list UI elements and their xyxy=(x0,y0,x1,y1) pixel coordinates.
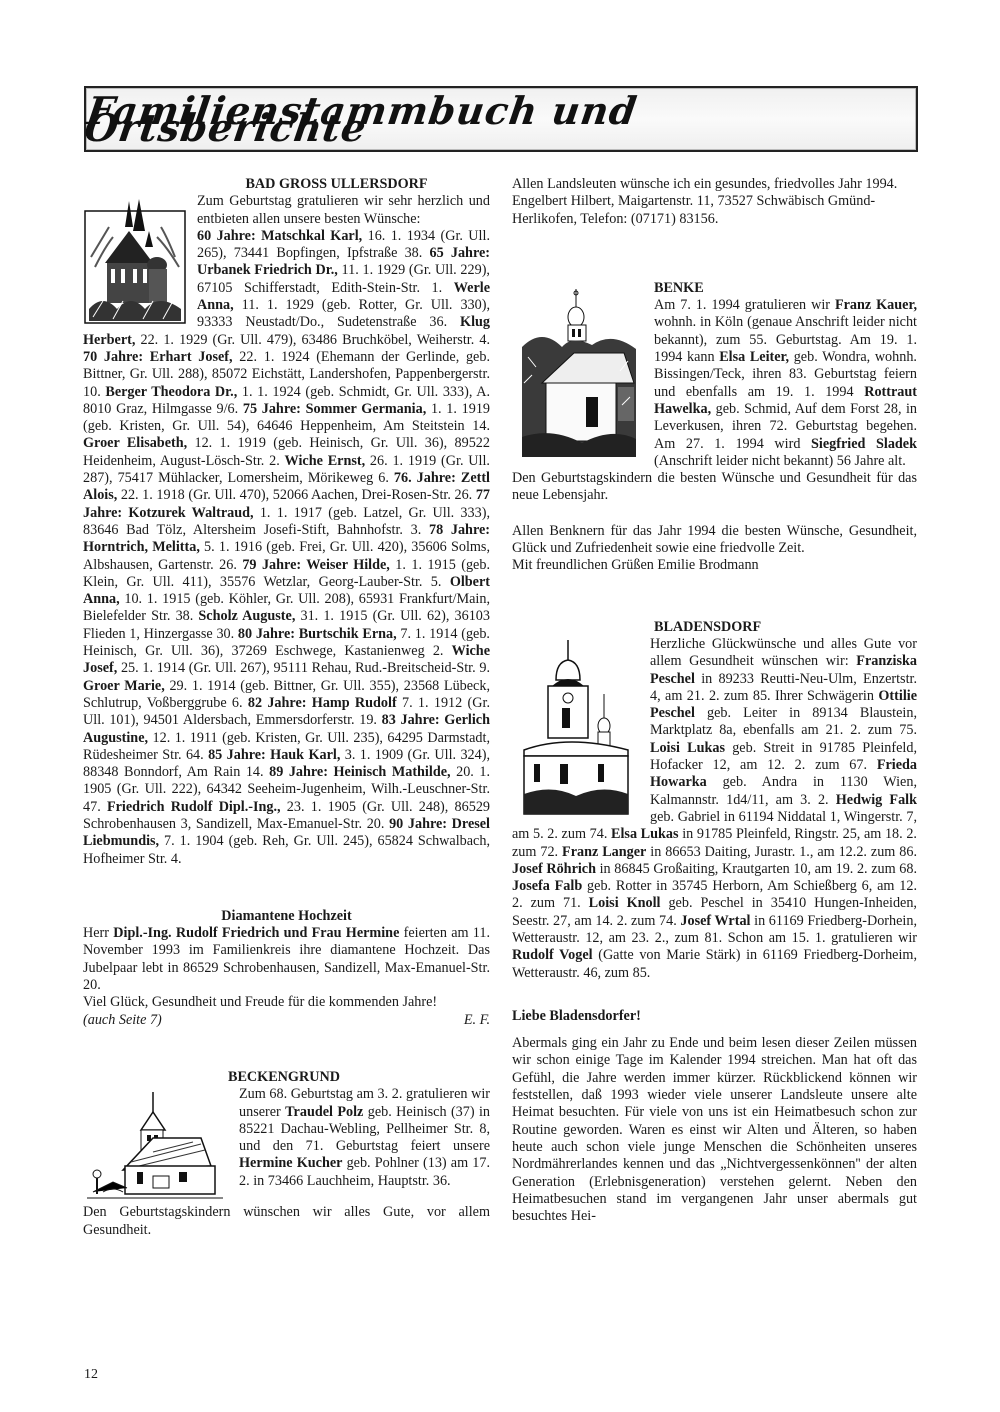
entry-text: 22. 1. 1918 (Gr. Ull. 470), 52066 Aachen… xyxy=(117,487,476,503)
church-illustration-icon xyxy=(512,638,640,818)
chapel-illustration-icon xyxy=(83,1082,229,1202)
couple-name: Dipl.-Ing. Rudolf Friedrich und Frau Her… xyxy=(113,925,399,941)
entry-name: Loisi Lukas xyxy=(650,740,725,756)
section-heading: BLADENSDORF xyxy=(512,619,917,636)
contact-info: Engelbert Hilbert, Maigartenstr. 11, 735… xyxy=(512,193,917,228)
signature-row: (auch Seite 7) E. F. xyxy=(83,1012,490,1029)
page-number: 12 xyxy=(84,1366,98,1383)
entry-name: Loisi Knoll xyxy=(589,895,661,911)
entry-name: 89 Jahre: Heinisch Mathilde, xyxy=(269,764,450,780)
author-initials: E. F. xyxy=(464,1012,490,1029)
person-name: Traudel Polz xyxy=(285,1104,363,1120)
entry-name: Wiche Ernst, xyxy=(285,453,366,469)
section-benke: BENKE Am 7. 1. 1994 gratulieren wir Fran… xyxy=(512,280,917,575)
page-reference: (auch Seite 7) xyxy=(83,1012,162,1029)
entry-name: Josefa Falb xyxy=(512,878,582,894)
text-prefix: Herr xyxy=(83,925,113,941)
banner-title: Familienstammbuch und Ortsberichte xyxy=(84,102,919,137)
section-heading: BAD GROSS ULLERSDORF xyxy=(83,176,490,193)
entry-name: Elsa Lukas xyxy=(611,826,679,842)
entry-name: Josef Wrtal xyxy=(680,913,750,929)
entry-name: Hedwig Falk xyxy=(836,792,917,808)
anniversary-text: Herr Dipl.-Ing. Rudolf Friedrich und Fra… xyxy=(83,925,490,994)
entry-text: 25. 1. 1914 (Gr. Ull. 267), 95111 Rehau,… xyxy=(117,660,490,676)
chapel-illustration-icon xyxy=(512,287,644,461)
entry-name: 70 Jahre: Erhart Josef, xyxy=(83,349,233,365)
entry-name: 79 Jahre: Weiser Hilde, xyxy=(242,557,390,573)
entry-name: Franz Langer xyxy=(562,844,646,860)
entry-name: Groer Marie, xyxy=(83,678,165,694)
person-name: Hermine Kucher xyxy=(239,1155,342,1171)
entry-name: Groer Elisabeth, xyxy=(83,435,187,451)
closing-text: Den Geburtstagskindern wünschen wir alle… xyxy=(83,1204,490,1239)
section-diamantene-hochzeit: Diamantene Hochzeit Herr Dipl.-Ing. Rudo… xyxy=(83,908,490,1029)
wish-text: Viel Glück, Gesundheit und Freude für di… xyxy=(83,994,490,1011)
greeting-text: Allen Benknern für das Jahr 1994 die bes… xyxy=(512,523,917,558)
entry-name: Berger Theodora Dr., xyxy=(105,384,237,400)
entry-text: in 86845 Großaiting, Krautgarten 10, am … xyxy=(596,861,917,877)
letter-text: Abermals ging ein Jahr zu Ende und beim … xyxy=(512,1035,917,1225)
entry-name: 75 Jahre: Sommer Germania, xyxy=(243,401,426,417)
entry-text: 11. 1. 1929 (geb. Rotter, Gr. Ull. 330),… xyxy=(197,297,490,330)
entry-name: Josef Röhrich xyxy=(512,861,596,877)
entry-name: 82 Jahre: Hamp Rudolf xyxy=(248,695,397,711)
section-beckengrund: BECKENGRUND Zum 68. Geburtstag am 3. 2. … xyxy=(83,1069,490,1239)
section-banner: Familienstammbuch und Ortsberichte xyxy=(84,86,918,152)
section-heading: Diamantene Hochzeit xyxy=(83,908,490,925)
section-bladensdorf: BLADENSDORF Herzliche Glückwünsche un xyxy=(512,619,917,1226)
text-part: (Anschrift leider nicht bekannt) 56 Jahr… xyxy=(654,453,906,469)
text-part: Am 7. 1. 1994 gratulieren wir xyxy=(654,297,835,313)
church-illustration-icon xyxy=(83,197,187,325)
signature-text: Mit freundlichen Grüßen Emilie Brodmann xyxy=(512,557,917,574)
entry-name: Rudolf Vogel xyxy=(512,947,593,963)
new-year-wish: Allen Landsleuten wünsche ich ein gesund… xyxy=(512,176,917,193)
right-column: Allen Landsleuten wünsche ich ein gesund… xyxy=(512,176,917,1225)
person-name: Elsa Leiter, xyxy=(719,349,789,365)
entry-name: Friedrich Rudolf Dipl.-Ing., xyxy=(107,799,281,815)
closing-text: Den Geburtstagskindern die besten Wünsch… xyxy=(512,470,917,505)
entry-name: 60 Jahre: Matschkal Karl, xyxy=(197,228,362,244)
person-name: Franz Kauer, xyxy=(835,297,917,313)
section-bad-gross-ullersdorf: BAD GROSS ULLERSDORF Zum Geburtstag g xyxy=(83,176,490,868)
entry-text: 22. 1. 1929 (Gr. Ull. 479), 63486 Bruchk… xyxy=(135,332,490,348)
person-name: Siegfried Sladek xyxy=(811,436,917,452)
entry-text: in 86653 Daiting, Jurastr. 1., am 12.2. … xyxy=(646,844,917,860)
left-column: BAD GROSS ULLERSDORF Zum Geburtstag g xyxy=(83,176,490,1239)
entry-name: 80 Jahre: Burtschik Erna, xyxy=(238,626,397,642)
entry-name: Scholz Auguste, xyxy=(198,608,295,624)
entry-name: 85 Jahre: Hauk Karl, xyxy=(208,747,340,763)
letter-heading: Liebe Bladensdorfer! xyxy=(512,1008,917,1025)
